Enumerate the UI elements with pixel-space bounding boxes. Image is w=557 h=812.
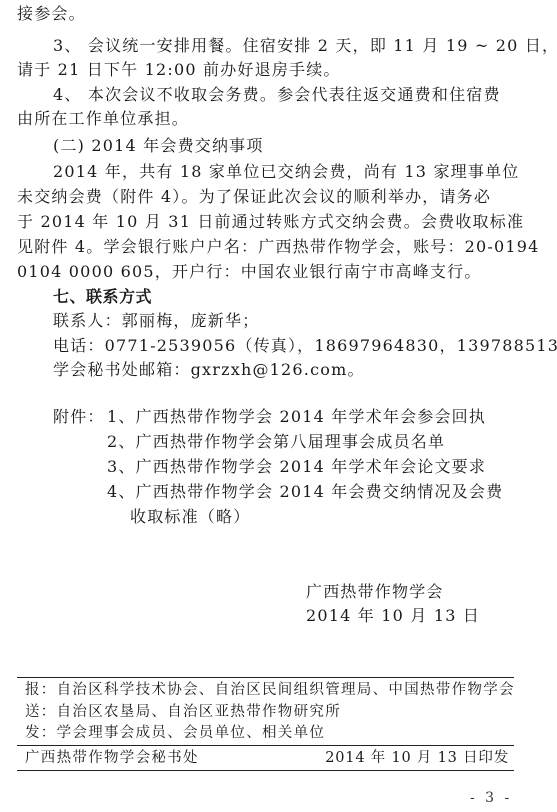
attachments-label: 附件：: [53, 405, 105, 429]
signature-org: 广西热带作物学会: [306, 580, 444, 604]
fees-paragraph-line-4: 见附件 4。学会银行账户户名：广西热带作物学会，账号：20-0194: [17, 235, 540, 259]
attachment-item-4: 4、广西热带作物学会 2014 年会费交纳情况及会费: [107, 480, 503, 504]
fees-paragraph-line-3: 于 2014 年 10 月 31 日前通过转账方式交纳会费。会费收取标准: [17, 210, 524, 234]
body-item-3: 3、 会议统一安排用餐。住宿安排 2 天，即 11 月 19 ~ 20 日，: [53, 34, 557, 58]
fees-paragraph-line-5: 0104 0000 605，开户行：中国农业银行南宁市高峰支行。: [17, 260, 482, 284]
fees-paragraph-line-1: 2014 年，共有 18 家单位已交纳会费，尚有 13 家理事单位: [53, 160, 519, 184]
contact-email: 学会秘书处邮箱：gxrzxh@126.com。: [53, 358, 365, 382]
body-item-4: 4、 本次会议不收取会务费。参会代表往返交通费和住宿费: [53, 83, 501, 107]
distribution-report-to: 报：自治区科学技术协会、自治区民间组织管理局、中国热带作物学会: [25, 679, 515, 701]
attachment-item-3: 3、广西热带作物学会 2014 年学术年会论文要求: [107, 455, 486, 479]
attachment-item-2: 2、广西热带作物学会第八届理事会成员名单: [107, 430, 445, 454]
distribution-send-to: 送：自治区农垦局、自治区亚热带作物研究所: [25, 701, 341, 723]
distribution-issue-to: 发：学会理事会成员、会员单位、相关单位: [25, 722, 325, 744]
signature-date: 2014 年 10 月 13 日: [306, 604, 480, 628]
divider-top: [17, 677, 514, 678]
attachment-item-4-cont: 收取标准（略）: [130, 505, 250, 529]
contact-phone: 电话：0771-2539056（传真），18697964830，13978851…: [53, 334, 557, 358]
divider-middle: [17, 745, 514, 746]
fees-paragraph-line-2: 未交纳会费（附件 4）。为了保证此次会议的顺利举办，请务必: [17, 185, 491, 209]
body-line-continuation: 接参会。: [17, 2, 86, 26]
contact-person: 联系人：郭丽梅，庞新华；: [53, 309, 259, 333]
footer-issued-date: 2014 年 10 月 13 日印发: [325, 747, 509, 769]
section-heading-fees: (二) 2014 年会费交纳事项: [53, 134, 264, 158]
attachment-item-1: 1、广西热带作物学会 2014 年学术年会参会回执: [107, 405, 486, 429]
body-item-4-cont: 由所在工作单位承担。: [17, 107, 189, 131]
page-number: - 3 -: [470, 790, 512, 806]
body-item-3-cont: 请于 21 日下午 12:00 前办好退房手续。: [17, 58, 341, 82]
contact-heading: 七、联系方式: [53, 285, 152, 309]
footer-issuer: 广西热带作物学会秘书处: [25, 747, 199, 769]
divider-bottom: [17, 770, 514, 771]
